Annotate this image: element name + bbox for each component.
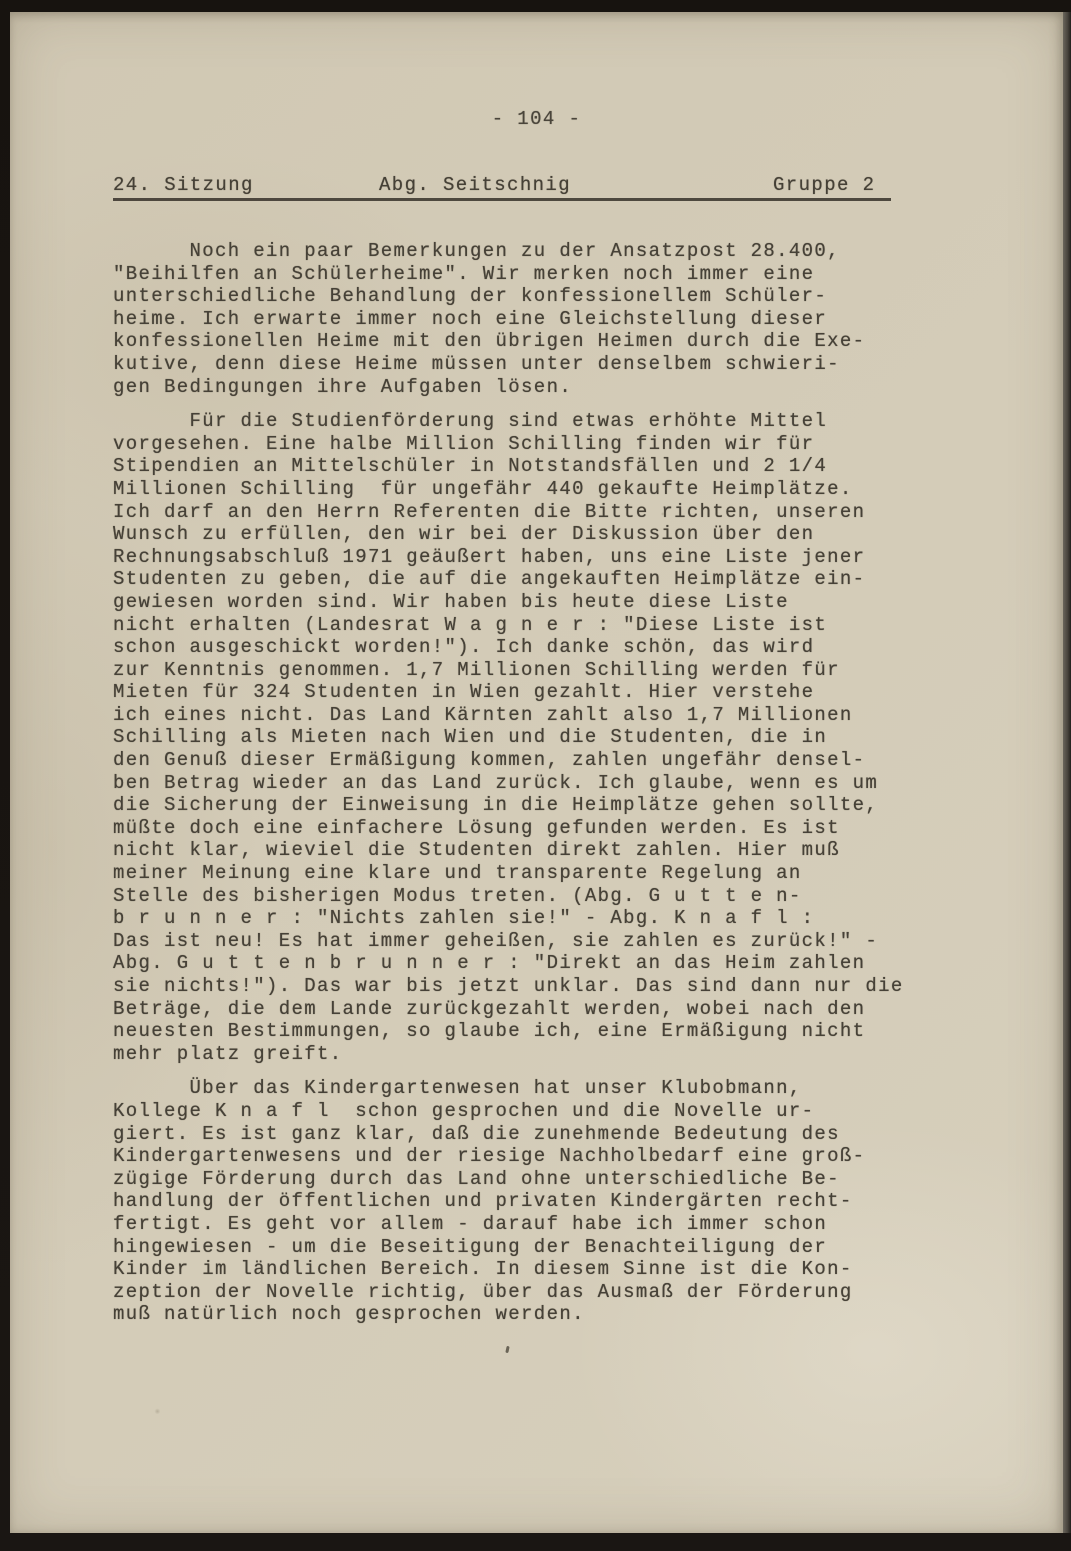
- text-line: gewiesen worden sind. Wir haben bis heut…: [113, 591, 943, 614]
- text-line: muß natürlich noch gesprochen werden.: [113, 1303, 943, 1326]
- text-line: Schilling als Mieten nach Wien und die S…: [113, 726, 943, 749]
- text-line: Stelle des bisherigen Modus treten. (Abg…: [113, 885, 943, 908]
- paragraph: Über das Kindergartenwesen hat unser Klu…: [113, 1077, 943, 1326]
- text-line: zeption der Novelle richtig, über das Au…: [113, 1281, 943, 1304]
- text-line: b r u n n e r : "Nichts zahlen sie!" - A…: [113, 907, 943, 930]
- text-line: Über das Kindergartenwesen hat unser Klu…: [113, 1077, 943, 1100]
- text-line: Kindergartenwesens und der riesige Nachh…: [113, 1145, 943, 1168]
- scan-edge: [1063, 12, 1071, 1533]
- text-line: den Genuß dieser Ermäßigung kommen, zahl…: [113, 749, 943, 772]
- text-line: mehr platz greift.: [113, 1043, 943, 1066]
- text-line: Beträge, die dem Lande zurückgezahlt wer…: [113, 998, 943, 1021]
- text-line: Abg. G u t t e n b r u n n e r : "Direkt…: [113, 952, 943, 975]
- text-line: Studenten zu geben, die auf die angekauf…: [113, 568, 943, 591]
- text-line: ich eines nicht. Das Land Kärnten zahlt …: [113, 704, 943, 727]
- paragraph: Für die Studienförderung sind etwas erhö…: [113, 410, 943, 1065]
- paragraph: Noch ein paar Bemerkungen zu der Ansatzp…: [113, 240, 943, 398]
- text-line: Stipendien an Mittelschüler in Notstands…: [113, 455, 943, 478]
- text-line: die Sicherung der Einweisung in die Heim…: [113, 794, 943, 817]
- text-line: ben Betrag wieder an das Land zurück. Ic…: [113, 772, 943, 795]
- text-line: neuesten Bestimmungen, so glaube ich, ei…: [113, 1020, 943, 1043]
- text-line: fertigt. Es geht vor allem - darauf habe…: [113, 1213, 943, 1236]
- text-line: Das ist neu! Es hat immer geheißen, sie …: [113, 930, 943, 953]
- text-line: unterschiedliche Behandlung der konfessi…: [113, 285, 943, 308]
- text-line: Kollege K n a f l schon gesprochen und d…: [113, 1100, 943, 1123]
- text-line: Rechnungsabschluß 1971 geäußert haben, u…: [113, 546, 943, 569]
- text-line: vorgesehen. Eine halbe Million Schilling…: [113, 433, 943, 456]
- text-line: zügige Förderung durch das Land ohne unt…: [113, 1168, 943, 1191]
- text-line: Kinder im ländlichen Bereich. In diesem …: [113, 1258, 943, 1281]
- document-body: Noch ein paar Bemerkungen zu der Ansatzp…: [113, 240, 943, 1338]
- text-line: nicht erhalten (Landesrat W a g n e r : …: [113, 614, 943, 637]
- text-line: Noch ein paar Bemerkungen zu der Ansatzp…: [113, 240, 943, 263]
- text-line: handlung der öffentlichen und privaten K…: [113, 1190, 943, 1213]
- text-line: zur Kenntnis genommen. 1,7 Millionen Sch…: [113, 659, 943, 682]
- document-page: - 104 - 24. Sitzung Abg. Seitschnig Grup…: [10, 12, 1063, 1533]
- text-line: Für die Studienförderung sind etwas erhö…: [113, 410, 943, 433]
- speaker-label: Abg. Seitschnig: [379, 174, 571, 196]
- text-line: "Beihilfen an Schülerheime". Wir merken …: [113, 263, 943, 286]
- text-line: nicht klar, wieviel die Studenten direkt…: [113, 839, 943, 862]
- text-line: Wunsch zu erfüllen, den wir bei der Disk…: [113, 523, 943, 546]
- text-line: giert. Es ist ganz klar, daß die zunehme…: [113, 1123, 943, 1146]
- text-line: konfessionellen Heime mit den übrigen He…: [113, 330, 943, 353]
- text-line: meiner Meinung eine klare und transparen…: [113, 862, 943, 885]
- text-line: gen Bedingungen ihre Aufgaben lösen.: [113, 376, 943, 399]
- text-line: sie nichts!"). Das war bis jetzt unklar.…: [113, 975, 943, 998]
- text-line: hingewiesen - um die Beseitigung der Ben…: [113, 1236, 943, 1259]
- group-label: Gruppe 2: [773, 174, 875, 196]
- page-number: - 104 -: [10, 108, 1063, 130]
- text-line: kutive, denn diese Heime müssen unter de…: [113, 353, 943, 376]
- text-line: Millionen Schilling für ungefähr 440 gek…: [113, 478, 943, 501]
- text-line: Ich darf an den Herrn Referenten die Bit…: [113, 501, 943, 524]
- session-label: 24. Sitzung: [113, 174, 254, 196]
- text-line: schon ausgeschickt worden!"). Ich danke …: [113, 636, 943, 659]
- scan-background: - 104 - 24. Sitzung Abg. Seitschnig Grup…: [0, 0, 1071, 1551]
- running-header: 24. Sitzung Abg. Seitschnig Gruppe 2: [113, 168, 891, 201]
- text-line: heime. Ich erwarte immer noch eine Gleic…: [113, 308, 943, 331]
- text-line: müßte doch eine einfachere Lösung gefund…: [113, 817, 943, 840]
- text-line: Mieten für 324 Studenten in Wien gezahlt…: [113, 681, 943, 704]
